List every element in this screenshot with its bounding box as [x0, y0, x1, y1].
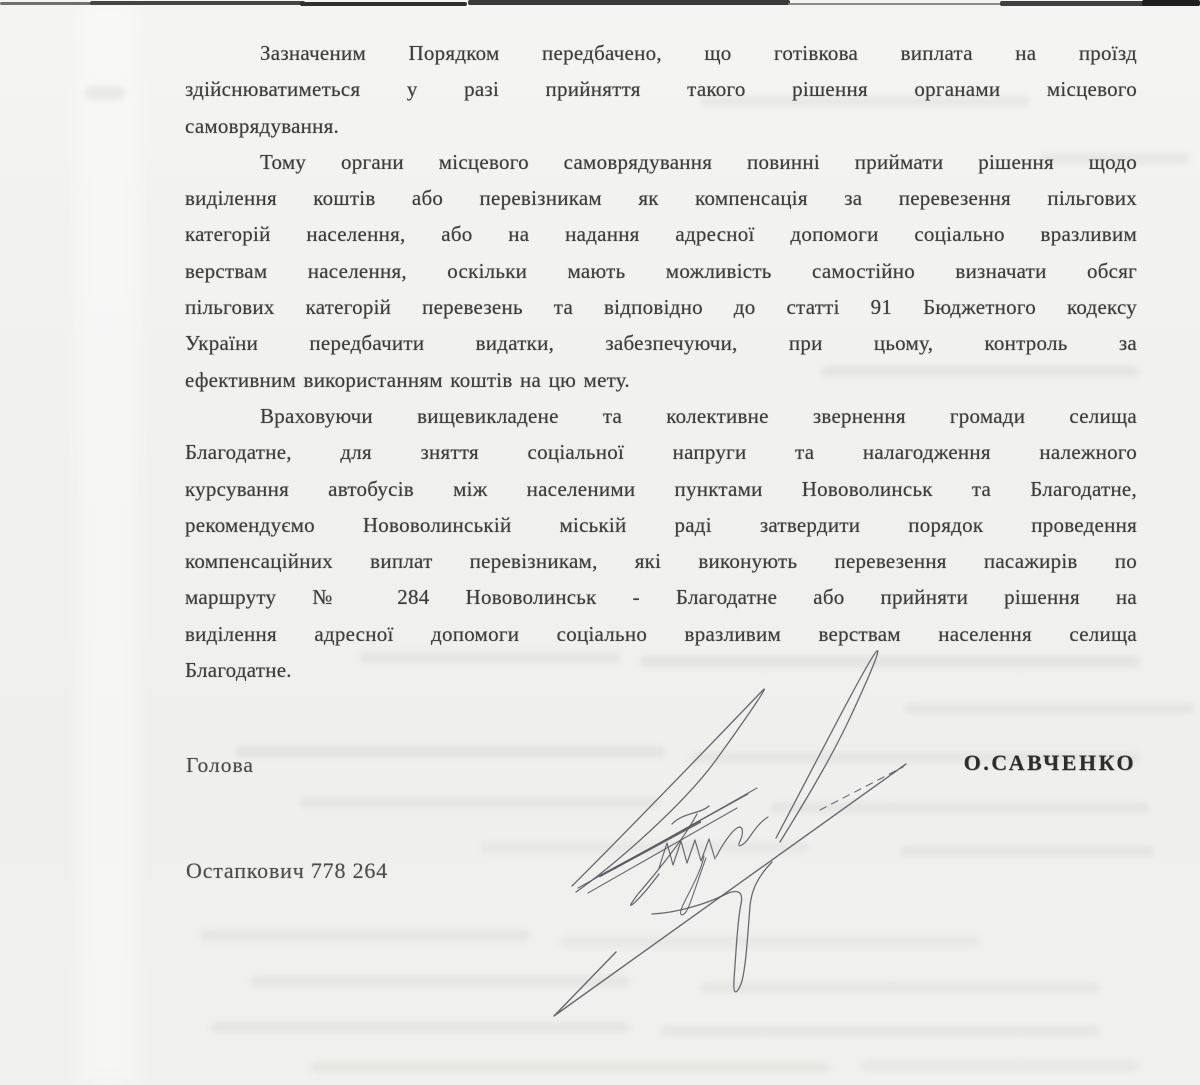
text-line: Зазначеним Порядком передбачено, що готі… [185, 35, 1137, 71]
text-line: Благодатне, для зняття соціальної напруг… [185, 434, 1137, 470]
text-line: виділення коштів або перевізникам як ком… [185, 180, 1137, 216]
scan-edge-artifact [1142, 0, 1200, 6]
text-line: верствам населення, оскільки мають можли… [185, 253, 1137, 289]
bleed-through-smudge [860, 1060, 1140, 1071]
text-line: здійснюватиметься у разі прийняття таког… [185, 71, 1137, 107]
executor-contact: Остапкович 778 264 [186, 858, 388, 884]
signer-title: Голова [186, 753, 254, 778]
bleed-through-smudge [310, 1062, 830, 1073]
scan-edge-artifact [1000, 1, 1145, 6]
text-line: курсування автобусів між населеними пунк… [185, 471, 1137, 507]
bleed-through-smudge [905, 703, 1195, 714]
paragraph: Зазначеним Порядком передбачено, що готі… [185, 35, 1137, 144]
scanned-letter-page: Зазначеним Порядком передбачено, що готі… [0, 0, 1200, 1085]
letter-body: Зазначеним Порядком передбачено, що готі… [185, 35, 1137, 688]
text-line: України передбачити видатки, забезпечуюч… [185, 325, 1137, 361]
text-line: Враховуючи вищевикладене та колективне з… [185, 398, 1137, 434]
text-line: категорій населення, або на надання адре… [185, 216, 1137, 252]
text-line: рекомендуємо Нововолинській міській раді… [185, 507, 1137, 543]
text-line: Тому органи місцевого самоврядування пов… [185, 144, 1137, 180]
scan-edge-artifact [468, 0, 790, 5]
scan-edge-artifact [788, 3, 1003, 5]
text-line: компенсаційних виплат перевізникам, які … [185, 543, 1137, 579]
text-line: ефективним використанням коштів на цю ме… [185, 362, 1137, 398]
signer-name: О.САВЧЕНКО [964, 750, 1136, 776]
bleed-through-smudge [200, 930, 530, 941]
scan-edge-artifact [90, 1, 305, 5]
paragraph: Тому органи місцевого самоврядування пов… [185, 144, 1137, 398]
handwritten-signature [540, 600, 940, 1060]
scan-edge-artifact [0, 2, 95, 5]
scan-edge-artifact [300, 2, 467, 6]
text-line: самоврядування. [185, 108, 1137, 144]
text-line: пільгових категорій перевезень та відпов… [185, 289, 1137, 325]
bleed-through-smudge [85, 86, 125, 100]
